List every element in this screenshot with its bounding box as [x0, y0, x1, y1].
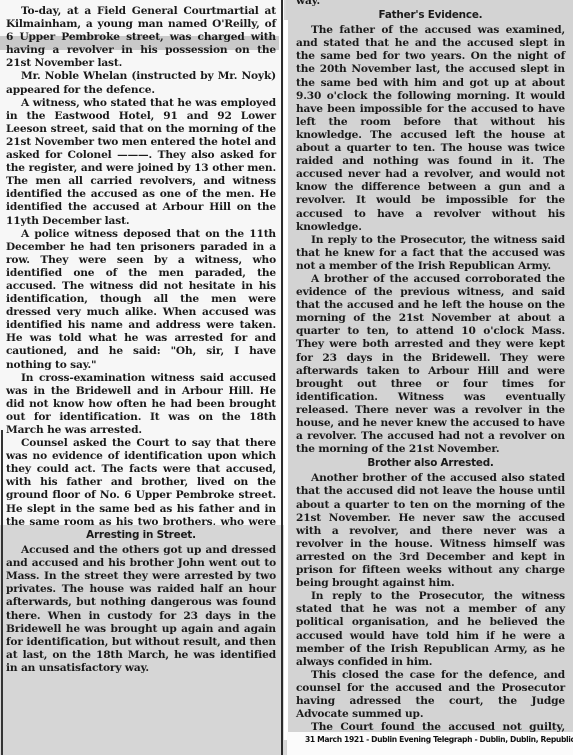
paragraph: A police witness deposed that on the 11t… — [6, 228, 276, 372]
paragraph: The father of the accused was examined, … — [296, 24, 565, 234]
paragraph: Another brother of the accused also stat… — [296, 472, 565, 590]
column-divider — [281, 0, 283, 755]
right-column: way. Father's Evidence. The father of th… — [286, 0, 573, 755]
paragraph: Accused and the others got up and dresse… — [6, 544, 276, 675]
continuation-text: way. — [296, 0, 565, 8]
paragraph: In reply to the Prosecutor, the witness … — [296, 590, 565, 669]
section-heading: Brother also Arrested. — [296, 457, 565, 470]
subheading: Arresting in Street. — [6, 529, 276, 542]
paragraph: In reply to the Prosecutor, the witness … — [296, 234, 565, 273]
clipping-gap — [284, 20, 288, 740]
paragraph: Mr. Noble Whelan (instructed by Mr. Noyk… — [6, 70, 276, 96]
section-heading: Father's Evidence. — [296, 9, 565, 22]
column-rule — [1, 430, 3, 755]
left-column-upper: To-day, at a Field General Courtmartial … — [0, 0, 284, 525]
paragraph: To-day, at a Field General Courtmartial … — [6, 5, 276, 70]
paragraph: A brother of the accused corroborated th… — [296, 273, 565, 456]
left-column-lower: Arresting in Street. Accused and the oth… — [0, 525, 284, 755]
source-caption: 31 March 1921 - Dublin Evening Telegraph… — [305, 735, 573, 744]
paragraph: In cross-examination witness said accuse… — [6, 372, 276, 437]
paragraph: A witness, who stated that he was employ… — [6, 97, 276, 228]
paragraph: This closed the case for the defence, an… — [296, 669, 565, 721]
